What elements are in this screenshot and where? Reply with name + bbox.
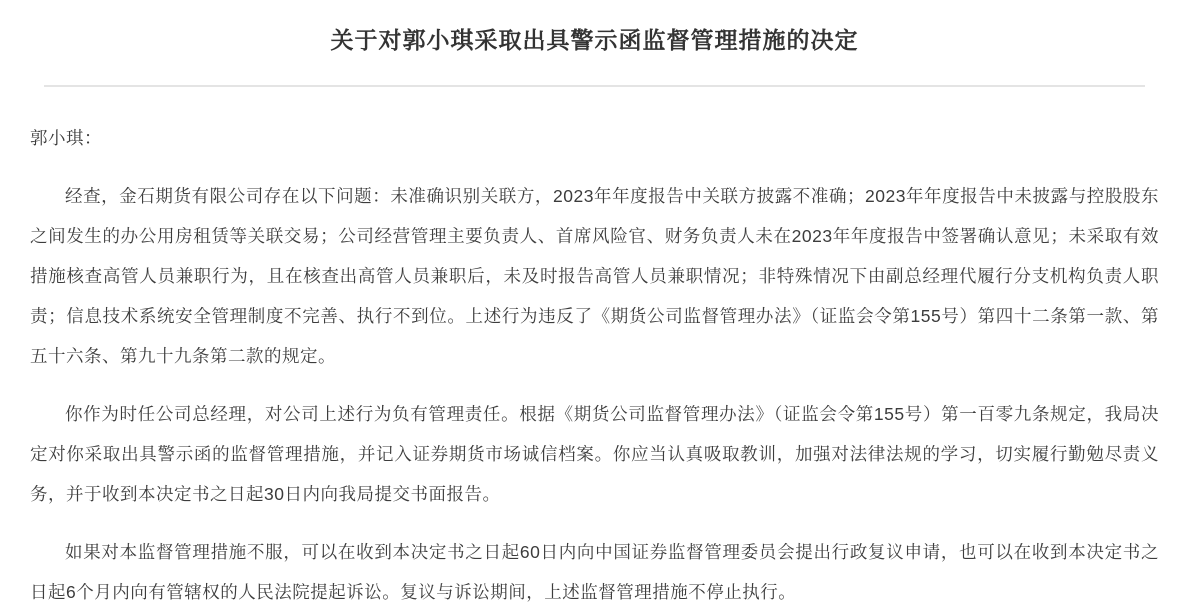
paragraph-decision: 你作为时任公司总经理，对公司上述行为负有管理责任。根据《期货公司监督管理办法》（… <box>30 394 1159 514</box>
paragraph-findings: 经查，金石期货有限公司存在以下问题：未准确识别关联方，2023年年度报告中关联方… <box>30 176 1159 376</box>
paragraph-appeal-rights: 如果对本监督管理措施不服，可以在收到本决定书之日起60日内向中国证券监督管理委员… <box>30 532 1159 608</box>
salutation: 郭小琪： <box>30 118 1159 158</box>
document-title: 关于对郭小琪采取出具警示函监督管理措施的决定 <box>0 0 1189 56</box>
document-page: 关于对郭小琪采取出具警示函监督管理措施的决定 郭小琪： 经查，金石期货有限公司存… <box>0 0 1189 608</box>
document-body: 郭小琪： 经查，金石期货有限公司存在以下问题：未准确识别关联方，2023年年度报… <box>0 118 1189 608</box>
title-divider <box>44 85 1145 87</box>
